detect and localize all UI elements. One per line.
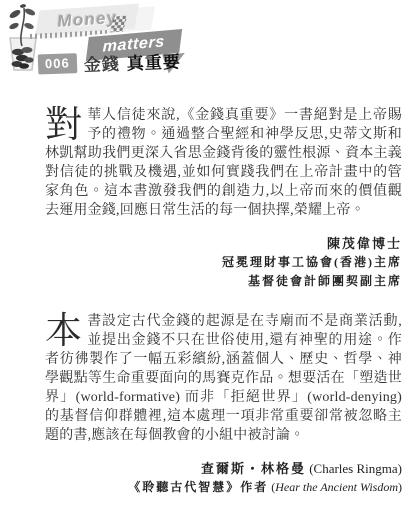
endorsement-text: 華人信徒來說,《金錢真重要》一書絕對是上帝賜予的禮物。通過整合聖經和神學反思,史… bbox=[45, 108, 402, 218]
endorser-title: 基督徒會計師團契副主席 bbox=[45, 272, 402, 291]
endorser-work: 《聆聽古代智慧》作者 (Hear the Ancient Wisdom) bbox=[45, 478, 402, 497]
series-title-money: Money bbox=[56, 8, 117, 32]
book-page: Money matters 006 金錢 真重要 對華人信徒來說,《金錢真重要》… bbox=[0, 0, 416, 520]
endorser-name: 查爾斯・林格曼 (Charles Ringma) bbox=[45, 459, 402, 478]
work-title-english: Hear the Ancient Wisdom bbox=[275, 480, 398, 494]
drop-cap: 對 bbox=[45, 106, 87, 143]
chapter-emphasis: 真重要 bbox=[126, 47, 181, 74]
endorsement-paragraph: 對華人信徒來說,《金錢真重要》一書絕對是上帝賜予的禮物。通過整合聖經和神學反思,… bbox=[45, 106, 402, 220]
attribution-block: 查爾斯・林格曼 (Charles Ringma) 《聆聽古代智慧》作者 (Hea… bbox=[45, 459, 402, 497]
endorser-name: 陳茂偉博士 bbox=[45, 234, 402, 253]
endorsement-paragraph: 本書設定古代金錢的起源是在寺廟而不是商業活動,並提出金錢不只在世俗使用,還有神聖… bbox=[45, 312, 402, 445]
endorsement-block-2: 本書設定古代金錢的起源是在寺廟而不是商業活動,並提出金錢不只在世俗使用,還有神聖… bbox=[45, 312, 402, 497]
chapter-header: Money matters 006 金錢 真重要 bbox=[0, 0, 416, 78]
endorser-name-en: (Charles Ringma) bbox=[306, 461, 402, 476]
chapter-title: 金錢 bbox=[83, 49, 120, 75]
page-number-badge: 006 bbox=[38, 53, 77, 74]
endorser-title: 冠冕理財事工協會(香港)主席 bbox=[45, 253, 402, 272]
endorsement-text: 書設定古代金錢的起源是在寺廟而不是商業活動,並提出金錢不只在世俗使用,還有神聖的… bbox=[45, 314, 402, 443]
endorsements-section: 對華人信徒來說,《金錢真重要》一書絕對是上帝賜予的禮物。通過整合聖經和神學反思,… bbox=[0, 78, 416, 497]
chapter-heading-row: 006 金錢 真重要 bbox=[38, 49, 181, 76]
endorsement-block-1: 對華人信徒來說,《金錢真重要》一書絕對是上帝賜予的禮物。通過整合聖經和神學反思,… bbox=[45, 106, 402, 291]
drop-cap: 本 bbox=[45, 312, 87, 349]
attribution-block: 陳茂偉博士 冠冕理財事工協會(香港)主席 基督徒會計師團契副主席 bbox=[45, 234, 402, 291]
